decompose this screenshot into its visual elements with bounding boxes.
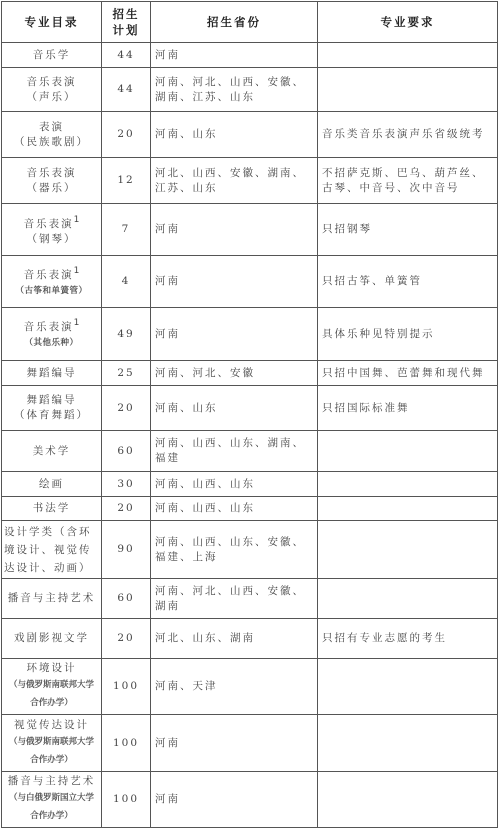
major-name: 播音与主持艺术 [6, 591, 97, 606]
requirements-cell: 只招古筝、单簧管 [318, 256, 498, 308]
plan-count-cell: 60 [102, 431, 151, 472]
major-cell: 音乐学 [2, 43, 102, 68]
plan-count-cell: 20 [102, 497, 151, 521]
major-name: 播音与主持艺术 [6, 774, 97, 789]
table-body: 音乐学 44 河南 音乐表演 （声乐） 44 河南、河北、山西、安徽、湖南、江苏… [2, 43, 498, 828]
requirements-cell: 不招萨克斯、巴乌、葫芦丝、古琴、中音号、次中音号 [318, 158, 498, 204]
table-row: 视觉传达设计 （与俄罗斯南联邦大学合作办学） 100 河南 [2, 715, 498, 772]
major-cell: 书法学 [2, 497, 102, 521]
major-cell: 播音与主持艺术 （与白俄罗斯国立大学合作办学） [2, 772, 102, 828]
table-row: 表演 （民族歌剧） 20 河南、山东 音乐类音乐表演声乐省级统考 [2, 112, 498, 158]
major-cell: 音乐表演1 （钢琴） [2, 204, 102, 256]
provinces-cell: 河南、山西、山东 [151, 497, 318, 521]
requirements-cell [318, 521, 498, 579]
plan-count-cell: 20 [102, 386, 151, 431]
table-row: 音乐表演 （声乐） 44 河南、河北、山西、安徽、湖南、江苏、山东 [2, 68, 498, 112]
major-name: 戏剧影视文学 [6, 631, 97, 646]
requirements-cell [318, 43, 498, 68]
major-subtitle: （民族歌剧） [6, 135, 97, 150]
major-subtitle: （声乐） [6, 90, 97, 105]
major-cell: 美术学 [2, 431, 102, 472]
plan-count-cell: 100 [102, 772, 151, 828]
enrollment-plan-table: 专业目录 招生 计划 招生省份 专业要求 音乐学 44 河南 音乐表演 （声乐）… [1, 1, 498, 828]
major-subtitle: （其他乐种） [6, 335, 97, 352]
table-row: 播音与主持艺术 60 河南、河北、山西、安徽、湖南 [2, 579, 498, 619]
major-name: 书法学 [6, 501, 97, 516]
major-name: 设计学类（含环境设计、视觉传达设计、动画） [4, 523, 99, 577]
plan-count-cell: 100 [102, 715, 151, 772]
plan-count-cell: 100 [102, 659, 151, 715]
plan-count-cell: 12 [102, 158, 151, 204]
requirements-cell [318, 68, 498, 112]
plan-count-cell: 20 [102, 112, 151, 158]
major-name: 音乐表演 [6, 75, 97, 90]
table-row: 绘画 30 河南、山西、山东 [2, 472, 498, 497]
provinces-cell: 河南、河北、山西、安徽、湖南 [151, 579, 318, 619]
provinces-cell: 河南、天津 [151, 659, 318, 715]
footnote-marker: 1 [74, 266, 80, 276]
plan-count-cell: 60 [102, 579, 151, 619]
major-name: 环境设计 [6, 661, 97, 676]
table-row: 环境设计 （与俄罗斯南联邦大学合作办学） 100 河南、天津 [2, 659, 498, 715]
major-cell: 舞蹈编导 （体育舞蹈） [2, 386, 102, 431]
table-row: 美术学 60 河南、山西、山东、湖南、福建 [2, 431, 498, 472]
footnote-marker: 1 [74, 318, 80, 328]
major-name: 音乐表演 [6, 166, 97, 181]
major-name: 视觉传达设计 [6, 718, 97, 733]
major-subtitle: （与白俄罗斯国立大学合作办学） [6, 789, 97, 825]
provinces-cell: 河南 [151, 308, 318, 361]
header-plan: 招生 计划 [102, 2, 151, 43]
provinces-cell: 河南、山西、山东、安徽、福建、上海 [151, 521, 318, 579]
provinces-cell: 河南、河北、山西、安徽、湖南、江苏、山东 [151, 68, 318, 112]
requirements-cell: 只招钢琴 [318, 204, 498, 256]
table-row: 设计学类（含环境设计、视觉传达设计、动画） 90 河南、山西、山东、安徽、福建、… [2, 521, 498, 579]
header-plan-line1: 招生 [106, 6, 146, 22]
footnote-marker: 1 [74, 215, 80, 225]
table-header-row: 专业目录 招生 计划 招生省份 专业要求 [2, 2, 498, 43]
major-subtitle: （与俄罗斯南联邦大学合作办学） [6, 676, 97, 712]
requirements-cell [318, 579, 498, 619]
plan-count-cell: 25 [102, 361, 151, 386]
major-cell: 音乐表演1 （其他乐种） [2, 308, 102, 361]
major-cell: 视觉传达设计 （与俄罗斯南联邦大学合作办学） [2, 715, 102, 772]
major-name: 音乐学 [6, 48, 97, 63]
table-row: 舞蹈编导 25 河南、河北、安徽 只招中国舞、芭蕾舞和现代舞 [2, 361, 498, 386]
major-name: 表演 [6, 120, 97, 135]
major-subtitle: （古筝和单簧管） [6, 283, 97, 300]
major-cell: 表演 （民族歌剧） [2, 112, 102, 158]
provinces-cell: 河北、山西、安徽、湖南、江苏、山东 [151, 158, 318, 204]
major-name: 舞蹈编导 [6, 393, 97, 408]
requirements-cell [318, 431, 498, 472]
requirements-cell: 音乐类音乐表演声乐省级统考 [318, 112, 498, 158]
table-row: 戏剧影视文学 20 河北、山东、湖南 只招有专业志愿的考生 [2, 619, 498, 659]
table-row: 音乐学 44 河南 [2, 43, 498, 68]
table-row: 音乐表演1 （古筝和单簧管） 4 河南 只招古筝、单簧管 [2, 256, 498, 308]
major-subtitle: （器乐） [6, 181, 97, 196]
plan-count-cell: 44 [102, 68, 151, 112]
provinces-cell: 河南 [151, 43, 318, 68]
major-subtitle: （体育舞蹈） [6, 408, 97, 423]
requirements-cell [318, 472, 498, 497]
major-name: 音乐表演1 [6, 264, 97, 283]
requirements-cell: 具体乐种见特别提示 [318, 308, 498, 361]
table-row: 播音与主持艺术 （与白俄罗斯国立大学合作办学） 100 河南 [2, 772, 498, 828]
provinces-cell: 河南 [151, 204, 318, 256]
plan-count-cell: 49 [102, 308, 151, 361]
requirements-cell [318, 715, 498, 772]
major-cell: 设计学类（含环境设计、视觉传达设计、动画） [2, 521, 102, 579]
provinces-cell: 河南 [151, 772, 318, 828]
requirements-cell [318, 772, 498, 828]
requirements-cell [318, 497, 498, 521]
major-cell: 音乐表演1 （古筝和单簧管） [2, 256, 102, 308]
major-cell: 音乐表演 （声乐） [2, 68, 102, 112]
plan-count-cell: 30 [102, 472, 151, 497]
provinces-cell: 河南 [151, 256, 318, 308]
table-row: 舞蹈编导 （体育舞蹈） 20 河南、山东 只招国际标准舞 [2, 386, 498, 431]
major-name: 音乐表演1 [6, 213, 97, 232]
requirements-cell [318, 659, 498, 715]
major-cell: 环境设计 （与俄罗斯南联邦大学合作办学） [2, 659, 102, 715]
provinces-cell: 河南、山西、山东、湖南、福建 [151, 431, 318, 472]
plan-count-cell: 4 [102, 256, 151, 308]
provinces-cell: 河南、山东 [151, 112, 318, 158]
major-name: 绘画 [6, 477, 97, 492]
header-provinces: 招生省份 [151, 2, 318, 43]
requirements-cell: 只招有专业志愿的考生 [318, 619, 498, 659]
header-major: 专业目录 [2, 2, 102, 43]
table-row: 音乐表演 （器乐） 12 河北、山西、安徽、湖南、江苏、山东 不招萨克斯、巴乌、… [2, 158, 498, 204]
table-row: 书法学 20 河南、山西、山东 [2, 497, 498, 521]
table-row: 音乐表演1 （其他乐种） 49 河南 具体乐种见特别提示 [2, 308, 498, 361]
requirements-cell: 只招国际标准舞 [318, 386, 498, 431]
major-cell: 绘画 [2, 472, 102, 497]
plan-count-cell: 90 [102, 521, 151, 579]
major-subtitle: （与俄罗斯南联邦大学合作办学） [6, 733, 97, 769]
requirements-cell: 只招中国舞、芭蕾舞和现代舞 [318, 361, 498, 386]
major-subtitle: （钢琴） [6, 232, 97, 247]
major-cell: 舞蹈编导 [2, 361, 102, 386]
major-cell: 音乐表演 （器乐） [2, 158, 102, 204]
plan-count-cell: 20 [102, 619, 151, 659]
provinces-cell: 河南 [151, 715, 318, 772]
major-name: 舞蹈编导 [6, 366, 97, 381]
provinces-cell: 河南、河北、安徽 [151, 361, 318, 386]
plan-count-cell: 44 [102, 43, 151, 68]
major-cell: 戏剧影视文学 [2, 619, 102, 659]
major-cell: 播音与主持艺术 [2, 579, 102, 619]
header-requirements: 专业要求 [318, 2, 498, 43]
plan-count-cell: 7 [102, 204, 151, 256]
provinces-cell: 河南、山东 [151, 386, 318, 431]
provinces-cell: 河南、山西、山东 [151, 472, 318, 497]
major-name: 美术学 [6, 444, 97, 459]
header-plan-line2: 计划 [106, 22, 146, 38]
table-row: 音乐表演1 （钢琴） 7 河南 只招钢琴 [2, 204, 498, 256]
major-name: 音乐表演1 [6, 316, 97, 335]
provinces-cell: 河北、山东、湖南 [151, 619, 318, 659]
